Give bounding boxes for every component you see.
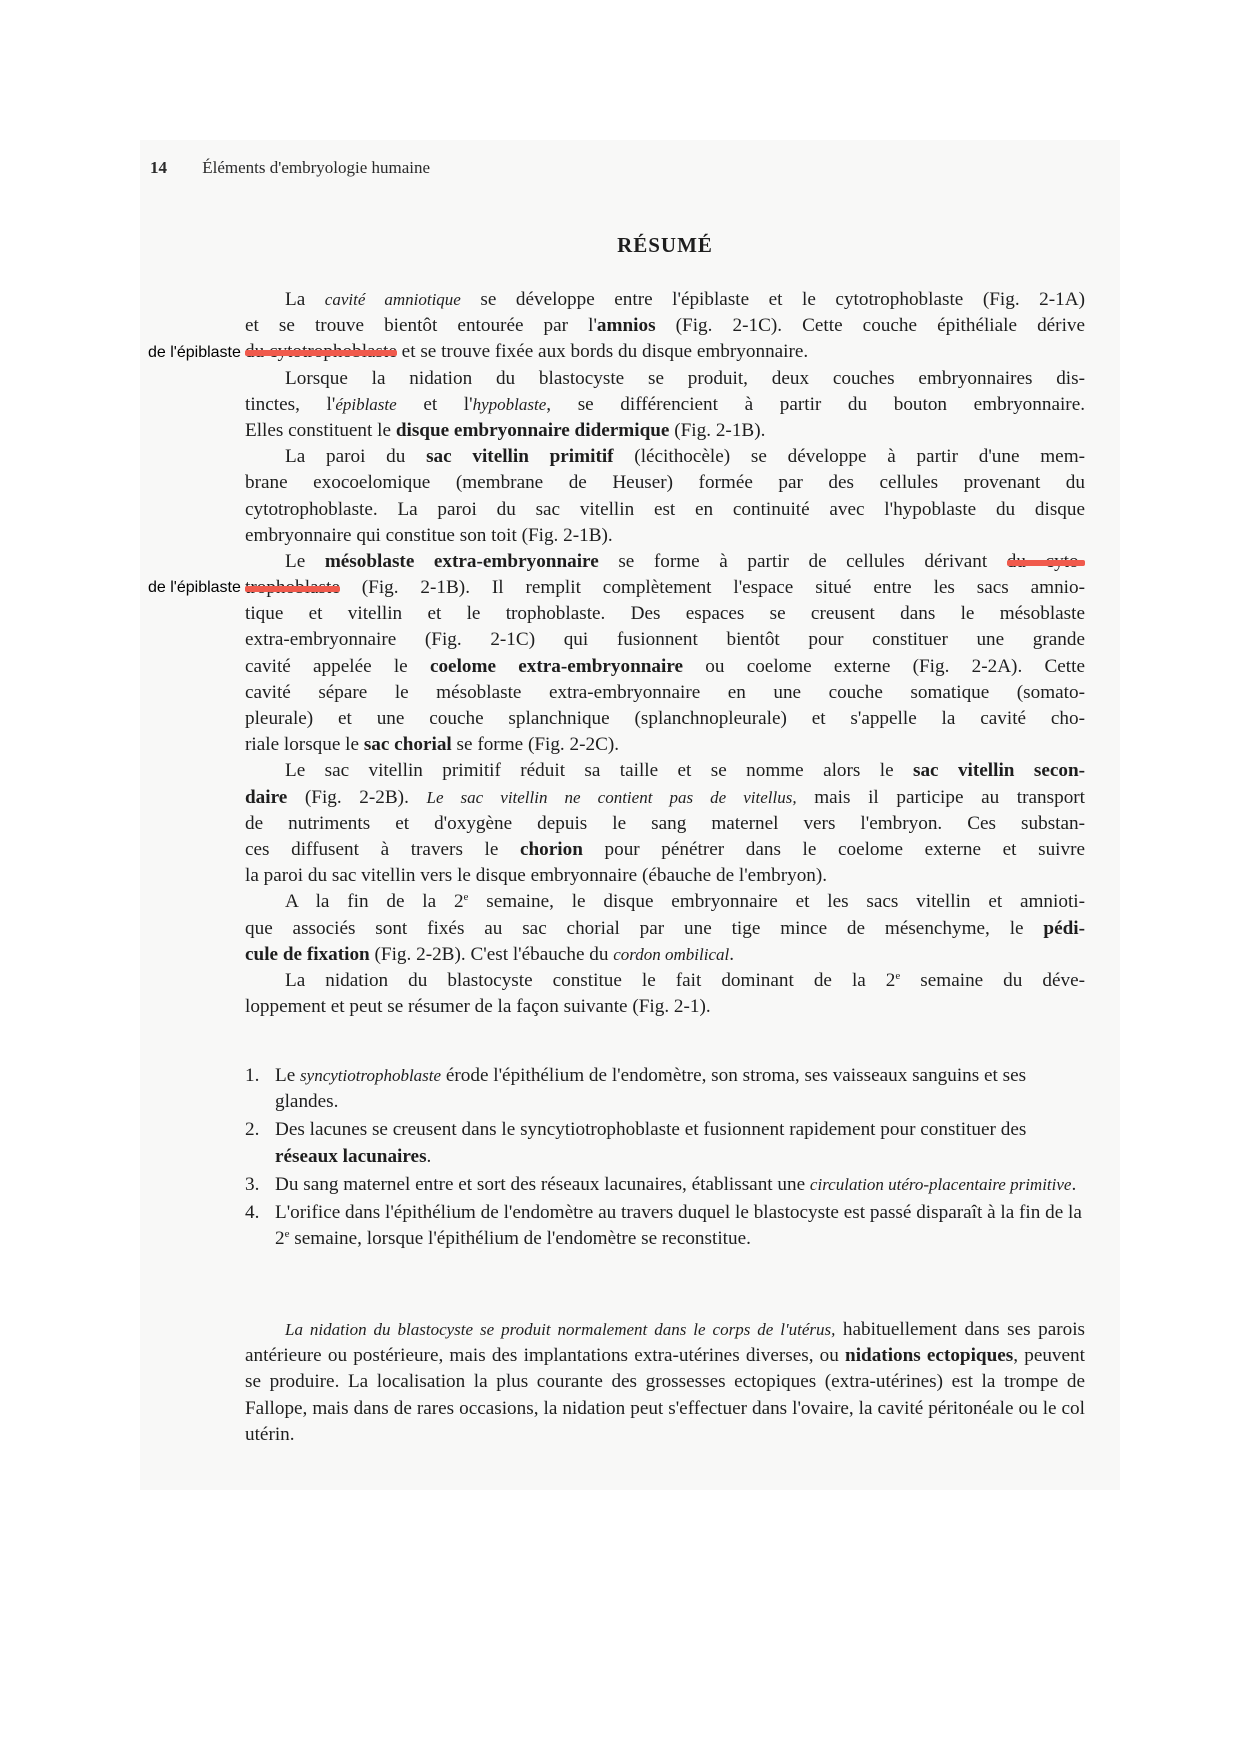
page-number: 14 [150, 158, 198, 178]
text-line: pleurale) et une couche splanchnique (sp… [245, 706, 1085, 732]
text-line: embryonnaire qui constitue son toit (Fig… [245, 523, 1085, 549]
text-line: et se trouve bientôt entourée par l'amni… [245, 313, 1085, 339]
text-line: Elles constituent le disque embryonnaire… [245, 418, 1085, 444]
text-line: riale lorsque le sac chorial se forme (F… [245, 732, 1085, 758]
text-line: La paroi du sac vitellin primitif (lécit… [245, 444, 1085, 470]
text-line: ces diffusent à travers le chorion pour … [245, 837, 1085, 863]
text-line: Le mésoblaste extra-embryonnaire se form… [245, 549, 1085, 575]
text-line: brane exocoelomique (membrane de Heuser)… [245, 470, 1085, 496]
running-head: 14 Éléments d'embryologie humaine [150, 158, 430, 178]
final-paragraph: La nidation du blastocyste se produit no… [245, 1317, 1085, 1448]
list-item: 1. Le syncytiotrophoblaste érode l'épith… [245, 1063, 1085, 1115]
text-line: La cavité amniotique se développe entre … [245, 287, 1085, 313]
text-line: du cytotrophoblaste et se trouve fixée a… [245, 339, 1085, 365]
text-line: cule de fixation (Fig. 2-2B). C'est l'éb… [245, 942, 1085, 968]
text-line: tique et vitellin et le trophoblaste. De… [245, 601, 1085, 627]
text-line: de nutriments et d'oxygène depuis le san… [245, 811, 1085, 837]
text-line: A la fin de la 2e semaine, le disque emb… [245, 889, 1085, 915]
text-line: daire (Fig. 2-2B). Le sac vitellin ne co… [245, 785, 1085, 811]
text-line: cytotrophoblaste. La paroi du sac vitell… [245, 497, 1085, 523]
handwritten-annotation: de l'épiblaste [148, 579, 241, 597]
text-line: cavité sépare le mésoblaste extra-embryo… [245, 680, 1085, 706]
text-line: tinctes, l'épiblaste et l'hypoblaste, se… [245, 392, 1085, 418]
summary-body: La cavité amniotique se développe entre … [245, 287, 1085, 1020]
section-title: RÉSUMÉ [0, 233, 1240, 258]
numbered-list: 1. Le syncytiotrophoblaste érode l'épith… [245, 1063, 1085, 1254]
text-line: Le sac vitellin primitif réduit sa taill… [245, 758, 1085, 784]
struck-text: trophoblaste [245, 577, 340, 598]
text-line: trophoblaste (Fig. 2-1B). Il remplit com… [245, 575, 1085, 601]
list-item: 4. L'orifice dans l'épithélium de l'endo… [245, 1200, 1085, 1252]
text-line: La nidation du blastocyste constitue le … [245, 968, 1085, 994]
text-line: la paroi du sac vitellin vers le disque … [245, 863, 1085, 889]
list-item: 2. Des lacunes se creusent dans le syncy… [245, 1117, 1085, 1169]
struck-text: du cytotrophoblaste [245, 341, 397, 362]
text-line: extra-embryonnaire (Fig. 2-1C) qui fusio… [245, 627, 1085, 653]
list-item: 3. Du sang maternel entre et sort des ré… [245, 1172, 1085, 1198]
text-line: Lorsque la nidation du blastocyste se pr… [245, 366, 1085, 392]
book-title: Éléments d'embryologie humaine [202, 158, 430, 177]
handwritten-annotation: de l'épiblaste [148, 344, 241, 362]
text-line: que associés sont fixés au sac chorial p… [245, 916, 1085, 942]
text-line: cavité appelée le coelome extra-embryonn… [245, 654, 1085, 680]
struck-text: du cyto- [1007, 551, 1085, 572]
text-line: loppement et peut se résumer de la façon… [245, 994, 1085, 1020]
